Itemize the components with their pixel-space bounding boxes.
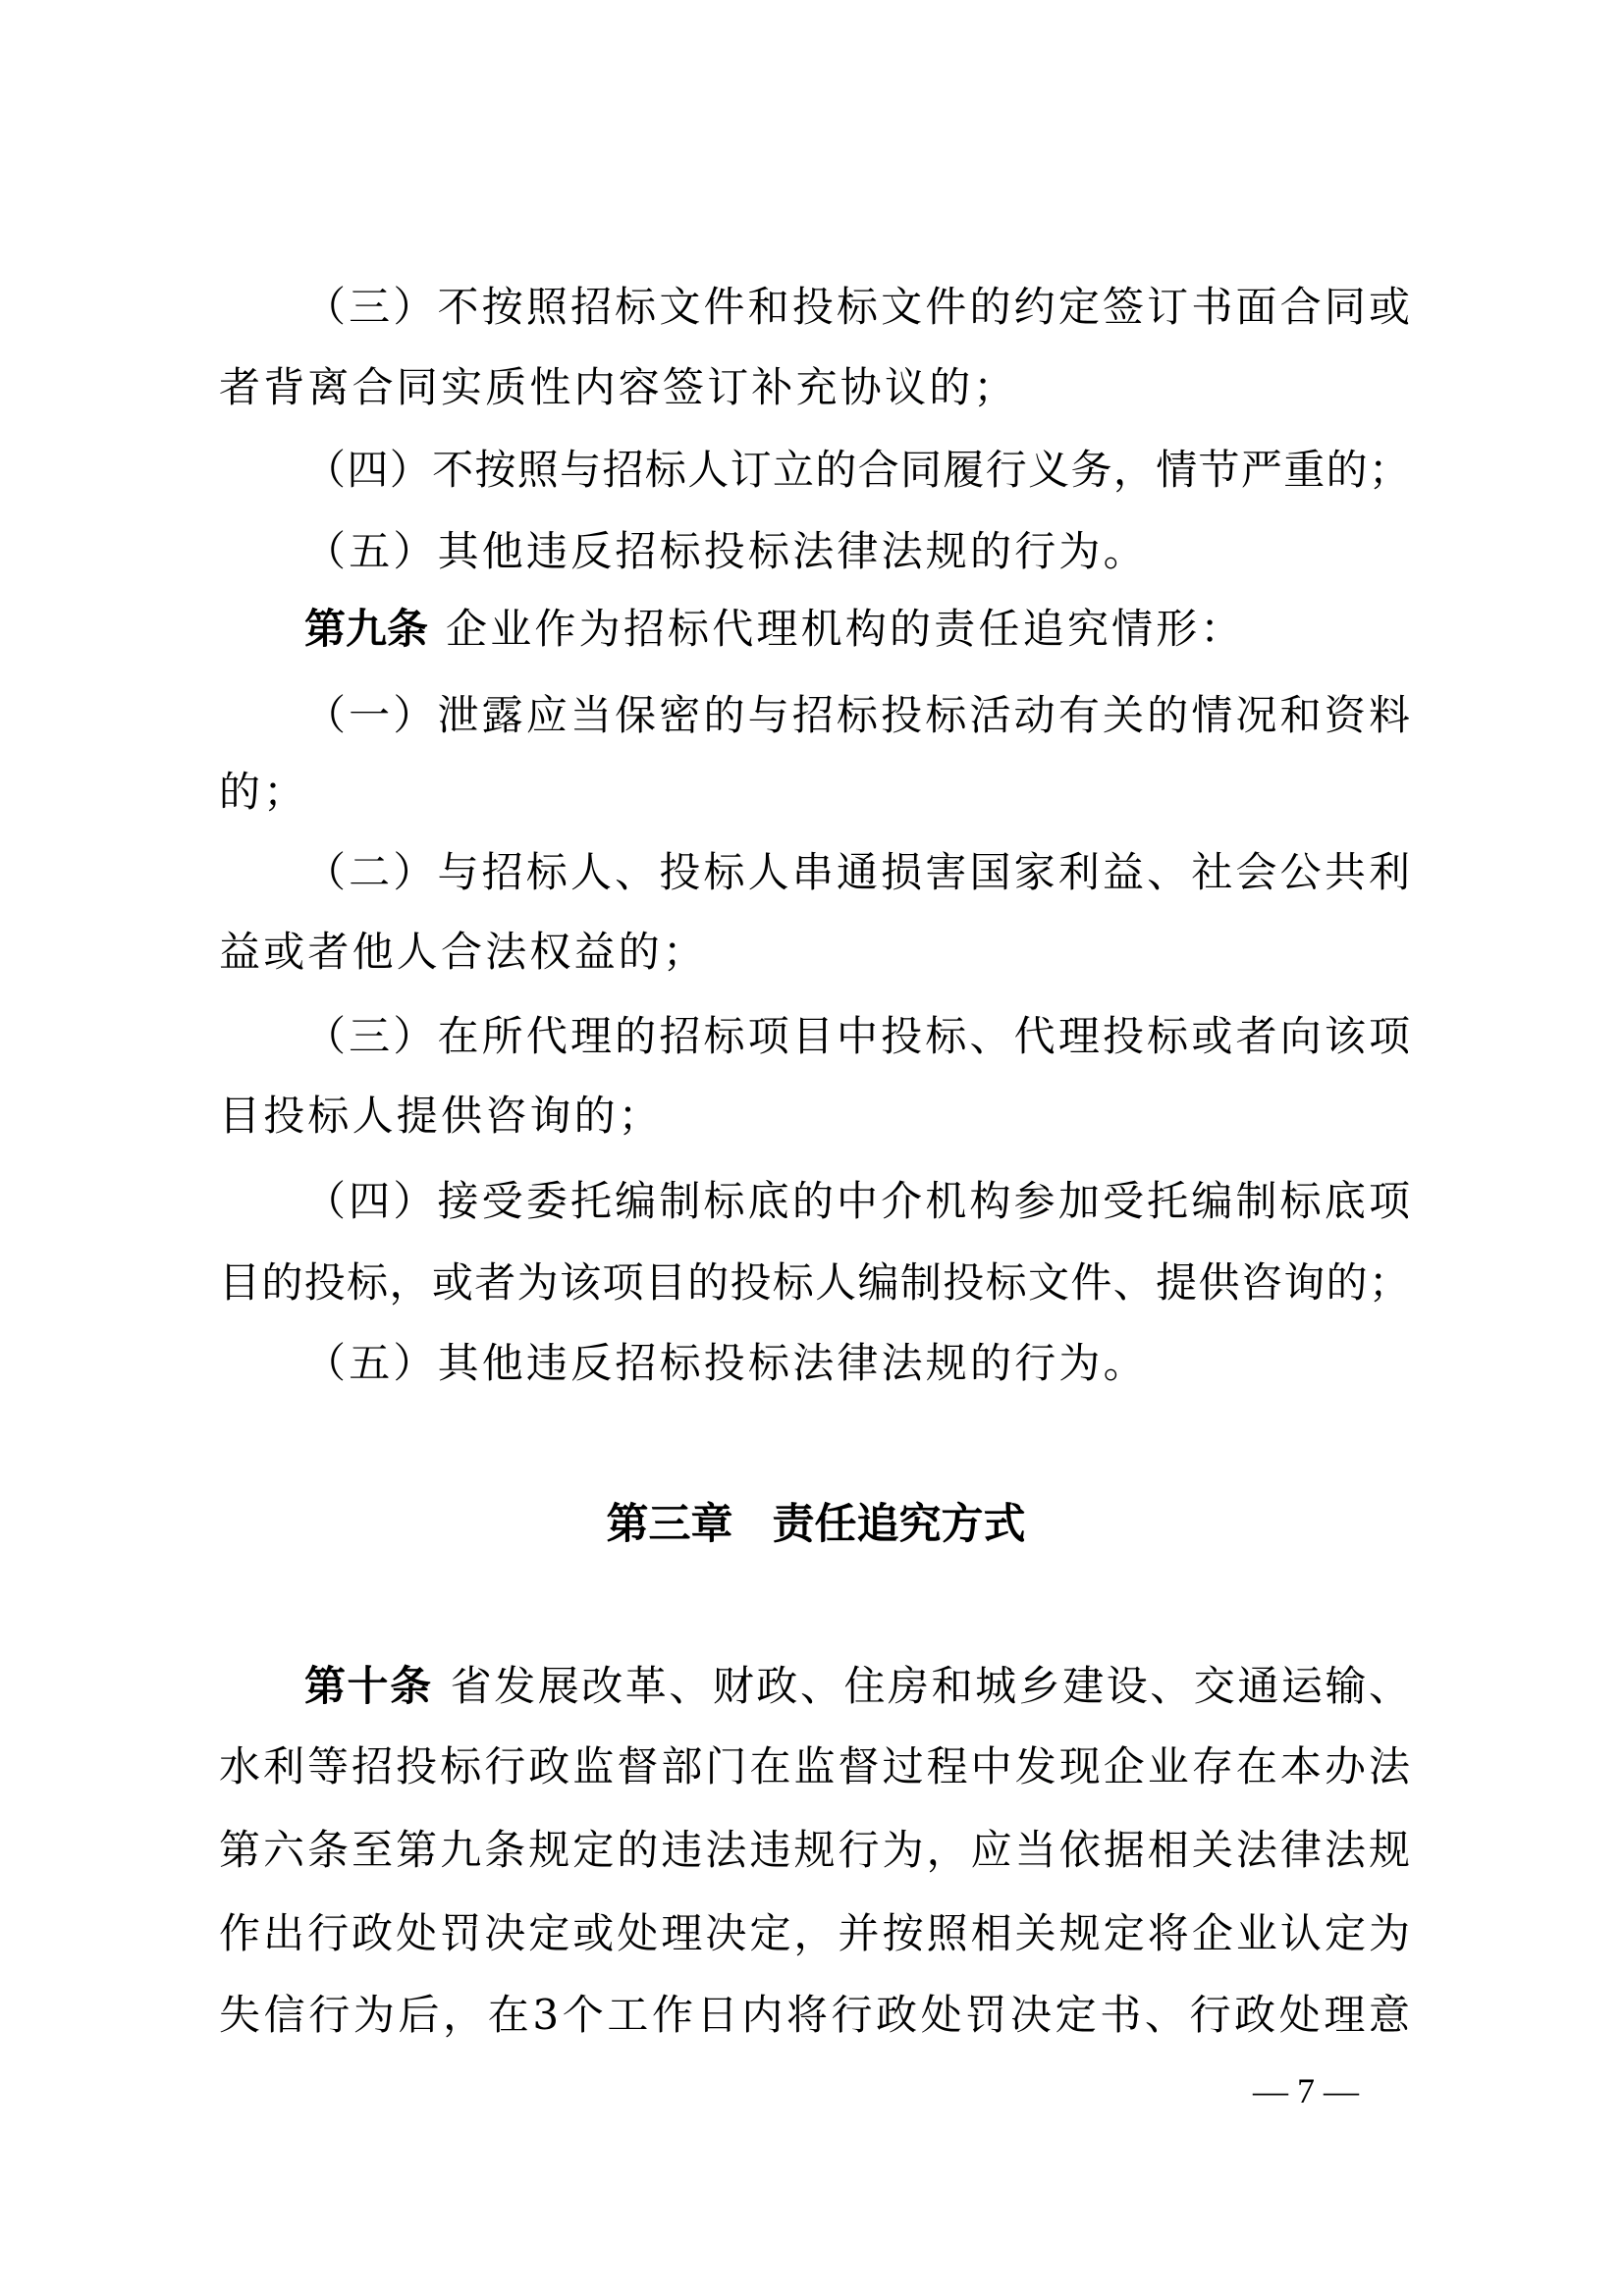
article9-label: 第九条 [304, 605, 428, 653]
article9-item3-line1: （三）在所代理的招标项目中投标、代理投标或者向该项 [304, 1009, 1411, 1064]
article9-item1-line1: （一）泄露应当保密的与招标投标活动有关的情况和资料 [304, 688, 1411, 743]
article10-label: 第十条 [304, 1662, 433, 1710]
article9-item5: （五）其他违反招标投标法律法规的行为。 [304, 1336, 1411, 1391]
article9-item4-line2: 目的投标，或者为该项目的投标人编制投标文件、提供咨询的； [219, 1255, 1411, 1310]
article8-item5: （五）其他违反招标投标法律法规的行为。 [304, 524, 1411, 579]
chapter-title: 责任追究方式 [773, 1500, 1026, 1549]
article9-heading: 第九条企业作为招标代理机构的责任追究情形： [304, 602, 1411, 657]
article9-item2-line2: 益或者他人合法权益的； [219, 925, 1411, 980]
article10-line4: 作出行政处罚决定或处理决定，并按照相关规定将企业认定为 [219, 1906, 1411, 1961]
article8-item3-line2: 者背离合同实质性内容签订补充协议的； [219, 360, 1411, 415]
article9-item1-line2: 的； [219, 765, 1411, 820]
chapter-heading: 第三章责任追究方式 [0, 1495, 1624, 1554]
article9-item3-line2: 目投标人提供咨询的； [219, 1089, 1411, 1144]
article10-line2: 水利等招投标行政监督部门在监督过程中发现企业存在本办法 [219, 1739, 1411, 1794]
article10-line5: 失信行为后，在3个工作日内将行政处罚决定书、行政处理意 [219, 1988, 1411, 2043]
article10-line1: 第十条省发展改革、财政、住房和城乡建设、交通运输、 [304, 1659, 1411, 1714]
article8-item4: （四）不按照与招标人订立的合同履行义务，情节严重的； [304, 443, 1411, 498]
chapter-number: 第三章 [607, 1500, 733, 1549]
document-page: （三）不按照招标文件和投标文件的约定签订书面合同或 者背离合同实质性内容签订补充… [0, 0, 1624, 2296]
article10-text: 省发展改革、财政、住房和城乡建设、交通运输、 [451, 1662, 1411, 1710]
article9-intro: 企业作为招标代理机构的责任追究情形： [446, 605, 1245, 653]
article8-item3-line1: （三）不按照招标文件和投标文件的约定签订书面合同或 [304, 280, 1411, 335]
page-number: — 7 — [1232, 2069, 1380, 2112]
article10-line3: 第六条至第九条规定的违法违规行为，应当依据相关法律法规 [219, 1823, 1411, 1878]
article9-item4-line1: （四）接受委托编制标底的中介机构参加受托编制标底项 [304, 1174, 1411, 1229]
article9-item2-line1: （二）与招标人、投标人串通损害国家利益、社会公共利 [304, 845, 1411, 900]
